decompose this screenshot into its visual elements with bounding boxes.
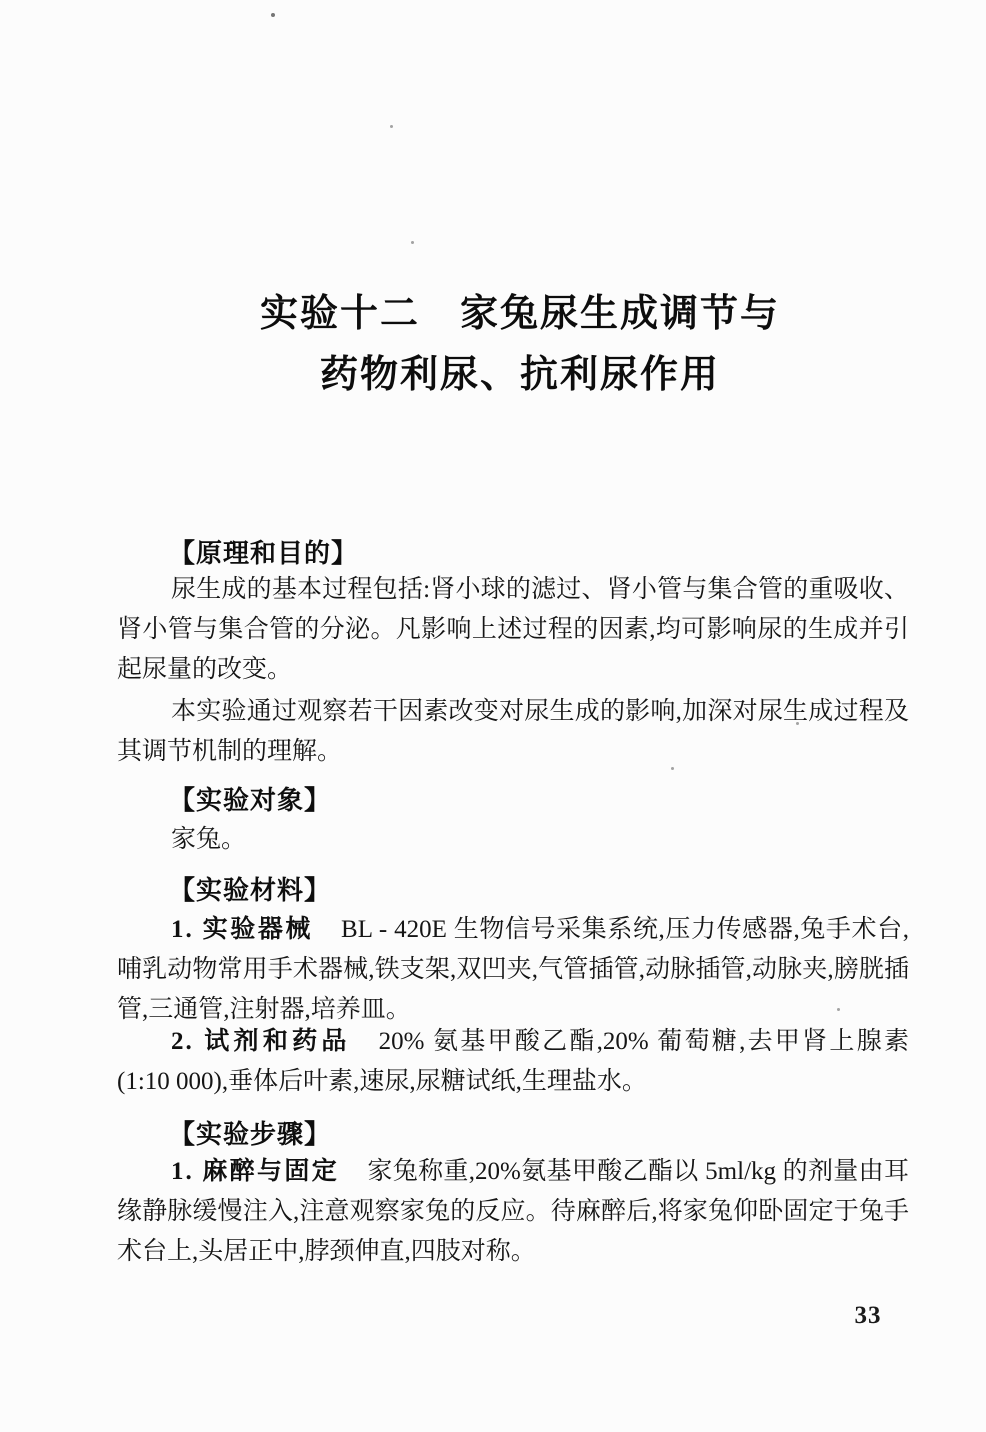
materials-item-1-label: 1. 实验器械 (171, 916, 313, 943)
section-heading-procedure: 【实验步骤】 (117, 1114, 961, 1154)
title-line-1: 实验十二 家兔尿生成调节与 (126, 284, 914, 345)
scan-speck (411, 241, 414, 244)
title-line-2: 药物利尿、抗利尿作用 (126, 345, 914, 406)
section-heading-materials: 【实验材料】 (117, 870, 961, 910)
scan-speck (390, 125, 393, 128)
materials-item-2: 2. 试剂和药品20% 氨基甲酸乙酯,20% 葡萄糖,去甲肾上腺素(1:10 0… (117, 1022, 909, 1102)
materials-item-2-label: 2. 试剂和药品 (171, 1028, 351, 1055)
document-page: 实验十二 家兔尿生成调节与 药物利尿、抗利尿作用 【原理和目的】 尿生成的基本过… (0, 0, 986, 1432)
principle-paragraph-2: 本实验通过观察若干因素改变对尿生成的影响,加深对尿生成过程及其调节机制的理解。 (117, 692, 909, 772)
page-number: 33 (840, 1302, 896, 1330)
procedure-step-1-label: 1. 麻醉与固定 (171, 1158, 339, 1185)
scan-speck (271, 13, 275, 17)
page-title: 实验十二 家兔尿生成调节与 药物利尿、抗利尿作用 (126, 284, 914, 406)
principle-paragraph-1: 尿生成的基本过程包括:肾小球的滤过、肾小管与集合管的重吸收、肾小管与集合管的分泌… (117, 570, 909, 690)
subject-text: 家兔。 (117, 820, 909, 860)
materials-item-1: 1. 实验器械BL - 420E 生物信号采集系统,压力传感器,兔手术台,哺乳动… (117, 910, 909, 1030)
section-heading-subject: 【实验对象】 (117, 780, 961, 820)
procedure-step-1: 1. 麻醉与固定家兔称重,20%氨基甲酸乙酯以 5ml/kg 的剂量由耳缘静脉缓… (117, 1152, 909, 1272)
section-heading-principle: 【原理和目的】 (117, 533, 961, 573)
